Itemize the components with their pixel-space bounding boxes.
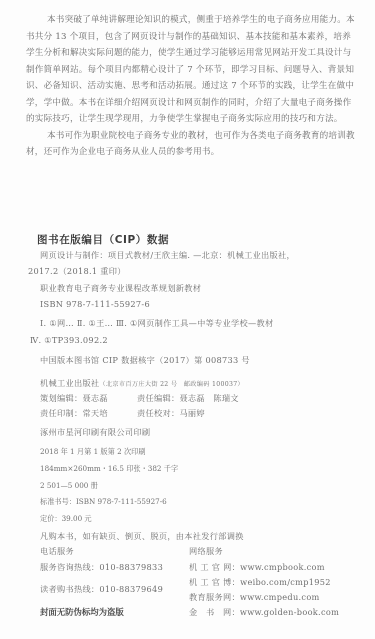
standard-book-number: 标准书号：ISBN 978-7-111-55927-6 <box>40 497 167 507</box>
cip-series: 职业教育电子商务专业课程改革规划新教材 <box>40 283 201 294</box>
web-service-header: 网络服务 <box>189 546 223 557</box>
cip-bibliographic-date: 2017.2（2018.1 重印） <box>28 266 126 277</box>
consult-hotline: 服务咨询热线：010-88379833 <box>40 562 163 573</box>
copyright-page: 本书突破了单纯讲解理论知识的模式，侧重于培养学生的电子商务应用能力。本 书共分 … <box>0 0 375 639</box>
intro-line: 本书突破了单纯讲解理论知识的模式，侧重于培养学生的电子商务应用能力。本 <box>26 12 356 29</box>
book-introduction: 本书突破了单纯讲解理论知识的模式，侧重于培养学生的电子商务应用能力。本 书共分 … <box>26 12 356 161</box>
intro-line: 的实际技巧，让学生现学现用，力争使学生掌握电子商务实际应用的技巧和方法。 <box>26 111 356 128</box>
cip-isbn: ISBN 978-7-111-55927-6 <box>40 299 150 309</box>
publisher-line: 机械工业出版社（北京市百万庄大街 22 号 邮政编码 100037） <box>40 378 244 389</box>
responsible-proofreading: 责任校对：马丽婷 <box>137 408 205 419</box>
reader-hotline: 读者购书热线：010-88379649 <box>40 584 163 595</box>
responsible-editor: 责任编辑：聂志磊 陈瑞文 <box>137 393 239 404</box>
web-item-cmpedu: 教育服务网：www.cmpedu.com <box>189 592 320 603</box>
planning-editor: 策划编辑：聂志磊 <box>40 393 108 404</box>
intro-line: 学，学中做。本书在详细介绍网页设计和网页制作的同时，介绍了大量电子商务操作 <box>26 95 356 112</box>
intro-line: 本书可作为职业院校电子商务专业的教材，也可作为各类电子商务教育的培训教 <box>26 128 356 145</box>
cip-classification-code: Ⅳ. ①TP393.092.2 <box>30 335 108 345</box>
edition-info: 2018 年 1 月第 1 版第 2 次印刷 <box>40 447 146 457</box>
anti-piracy-notice: 封面无防伪标均为盗版 <box>40 606 124 618</box>
price: 定价：39.00 元 <box>40 514 92 524</box>
cip-bibliographic-line: 网页设计与制作：项目式教材/王欣主编. —北京：机械工业出版社， <box>40 250 295 261</box>
web-item-cmpbook: 机 工 官 网：www.cmpbook.com <box>189 562 325 573</box>
cip-number: 中国版本图书馆 CIP 数据核字（2017）第 008733 号 <box>40 355 250 366</box>
responsible-printing: 责任印制：常天培 <box>40 408 108 419</box>
phone-service-header: 电话服务 <box>40 546 74 557</box>
intro-line: 制作简单网站。每个项目内都精心设计了 7 个环节，即学习目标、问题导入、背景知 <box>26 62 356 79</box>
intro-line: 材，还可作为企业电子商务从业人员的参考用书。 <box>26 144 356 161</box>
format-info: 184mm×260mm・16.5 印张・382 千字 <box>40 464 178 474</box>
replacement-notice: 凡购本书，如有缺页、倒页、脱页，由本社发行部调换 <box>40 531 244 542</box>
intro-line: 书共分 13 个项目，包含了网页设计与制作的基础知识、基本技能和基本素养，培养 <box>26 29 356 46</box>
publisher-address: （北京市百万庄大街 22 号 邮政编码 100037） <box>99 381 244 388</box>
printer: 涿州市星河印刷有限公司印刷 <box>40 427 150 438</box>
web-item-golden-book: 金 书 网：www.golden-book.com <box>189 607 339 618</box>
intro-line: 学生分析和解决实际问题的能力，使学生通过学习能够运用常见网站开发工具设计与 <box>26 45 356 62</box>
intro-line: 识、必备知识、活动实施、思考和活动拓展。通过这 7 个环节的实践，让学生在做中 <box>26 78 356 95</box>
publisher-name: 机械工业出版社 <box>40 378 99 388</box>
copies-info: 2 501—5 000 册 <box>40 481 98 491</box>
cip-classification: Ⅰ. ①网… Ⅱ. ①王… Ⅲ. ①网页制作工具—中等专业学校—教材 <box>40 318 274 329</box>
cip-title: 图书在版编目（CIP）数据 <box>37 232 169 247</box>
web-item-weibo: 机 工 官 博：weibo.com/cmp1952 <box>189 577 331 588</box>
